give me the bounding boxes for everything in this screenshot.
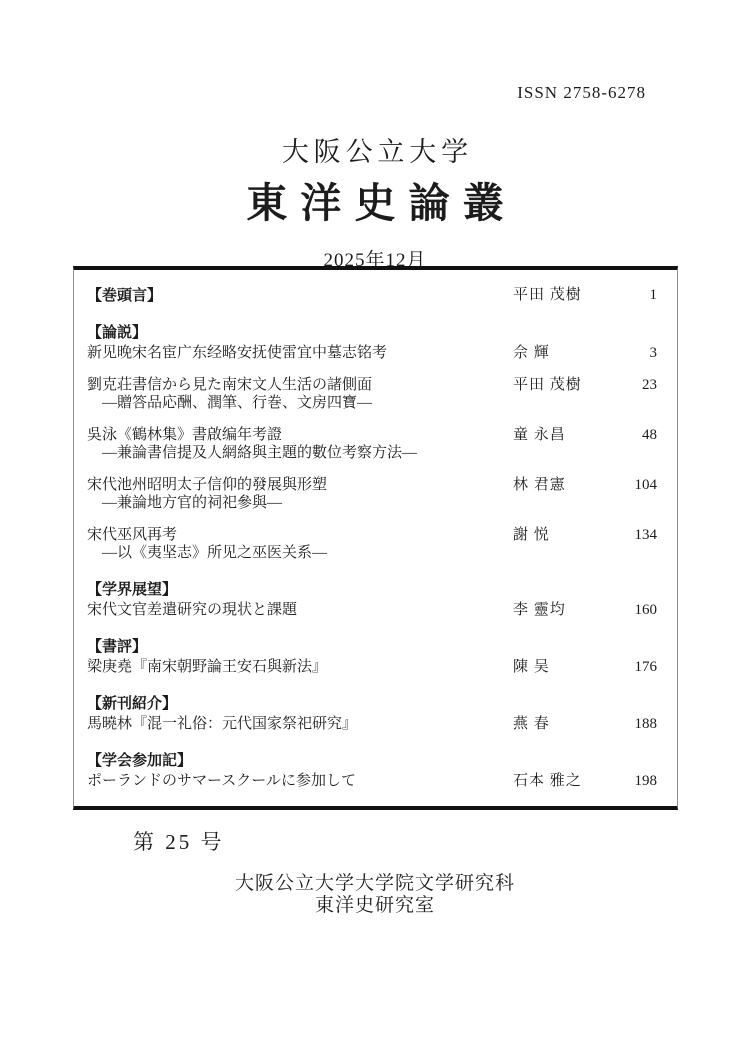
journal-title: 東洋史論叢 (0, 170, 750, 229)
entry-page-number: 48 (617, 426, 657, 444)
entry-title: 宋代文官差遣研究の現状と課題 (87, 601, 513, 619)
university-name: 大阪公立大学 (0, 130, 750, 169)
entry-title: ポーランドのサマースクールに参加して (87, 772, 513, 790)
entry-title-block: 宋代池州昭明太子信仰的發展與形塑 ―兼論地方官的祠祀參與― (87, 476, 513, 512)
entry-page-number: 1 (617, 286, 657, 304)
entry-author: 燕 春 (513, 715, 617, 733)
entry-page-number: 104 (617, 476, 657, 494)
entry-title-block: 宋代巫风再考 ―以《夷坚志》所见之巫医关系― (87, 526, 513, 562)
table-of-contents: 【巻頭言】 平田 茂樹 1 【論説】 新见晚宋名宦广东经略安抚使雷宜中墓志铭考 … (73, 266, 678, 810)
section-heading: 【論説】 (87, 323, 657, 342)
entry-title-block: 馬曉林『混一礼俗：元代国家祭祀研究』 (87, 715, 513, 733)
entry-author: 謝 悦 (513, 526, 617, 544)
toc-section-articles: 【論説】 新见晚宋名宦广东经略安抚使雷宜中墓志铭考 佘 輝 3 劉克荘書信から見… (87, 323, 657, 562)
toc-row: 宋代文官差遣研究の現状と課題 李 靈均 160 (87, 601, 657, 619)
entry-author: 陳 吴 (513, 658, 617, 676)
toc-section-conference-report: 【学会参加記】 ポーランドのサマースクールに参加して 石本 雅之 198 (87, 751, 657, 790)
toc-row: 劉克荘書信から見た南宋文人生活の諸側面 ―贈答品応酬、潤筆、行巻、文房四寶― 平… (87, 376, 657, 412)
section-heading: 【学会参加記】 (87, 751, 657, 770)
toc-row: 梁庚堯『南宋朝野論王安石與新法』 陳 吴 176 (87, 658, 657, 676)
entry-author: 平田 茂樹 (513, 376, 617, 394)
toc-section-review-of-field: 【学界展望】 宋代文官差遣研究の現状と課題 李 靈均 160 (87, 580, 657, 619)
entry-title-block: 新见晚宋名宦广东经略安抚使雷宜中墓志铭考 (87, 344, 513, 362)
entry-page-number: 134 (617, 526, 657, 544)
entry-title-block: 吳泳《鶴林集》書啟编年考證 ―兼論書信提及人網絡與主題的數位考察方法― (87, 426, 513, 462)
entry-title-block: ポーランドのサマースクールに参加して (87, 772, 513, 790)
entry-title: 宋代巫风再考 (87, 526, 513, 544)
entry-title-block: 劉克荘書信から見た南宋文人生活の諸側面 ―贈答品応酬、潤筆、行巻、文房四寶― (87, 376, 513, 412)
entry-title: 劉克荘書信から見た南宋文人生活の諸側面 (87, 376, 513, 394)
toc-row: 吳泳《鶴林集》書啟编年考證 ―兼論書信提及人網絡與主題的數位考察方法― 童 永昌… (87, 426, 657, 462)
toc-row: 【巻頭言】 平田 茂樹 1 (87, 286, 657, 305)
entry-title: 新见晚宋名宦广东经略安抚使雷宜中墓志铭考 (87, 344, 513, 362)
entry-title: 梁庚堯『南宋朝野論王安石與新法』 (87, 658, 513, 676)
entry-page-number: 176 (617, 658, 657, 676)
section-heading: 【新刊紹介】 (87, 694, 657, 713)
toc-row: 宋代巫风再考 ―以《夷坚志》所见之巫医关系― 謝 悦 134 (87, 526, 657, 562)
entry-page-number: 188 (617, 715, 657, 733)
entry-author: 佘 輝 (513, 344, 617, 362)
journal-cover-page: ISSN 2758-6278 大阪公立大学 東洋史論叢 2025年12月 【巻頭… (0, 0, 750, 1059)
entry-subtitle: ―兼論書信提及人網絡與主題的數位考察方法― (87, 444, 513, 462)
toc-section-new-books: 【新刊紹介】 馬曉林『混一礼俗：元代国家祭祀研究』 燕 春 188 (87, 694, 657, 733)
issn-number: ISSN 2758-6278 (517, 83, 646, 103)
entry-subtitle: ―兼論地方官的祠祀參與― (87, 494, 513, 512)
toc-row: 宋代池州昭明太子信仰的發展與形塑 ―兼論地方官的祠祀參與― 林 君憲 104 (87, 476, 657, 512)
toc-row: 新见晚宋名宦广东经略安抚使雷宜中墓志铭考 佘 輝 3 (87, 344, 657, 362)
entry-author: 林 君憲 (513, 476, 617, 494)
entry-author: 童 永昌 (513, 426, 617, 444)
toc-row: ポーランドのサマースクールに参加して 石本 雅之 198 (87, 772, 657, 790)
entry-page-number: 23 (617, 376, 657, 394)
toc-section-foreword: 【巻頭言】 平田 茂樹 1 (87, 286, 657, 305)
entry-subtitle: ―以《夷坚志》所见之巫医关系― (87, 544, 513, 562)
entry-subtitle: ―贈答品応酬、潤筆、行巻、文房四寶― (87, 394, 513, 412)
entry-title: 吳泳《鶴林集》書啟编年考證 (87, 426, 513, 444)
entry-page-number: 198 (617, 772, 657, 790)
toc-section-book-review: 【書評】 梁庚堯『南宋朝野論王安石與新法』 陳 吴 176 (87, 637, 657, 676)
publisher-block: 大阪公立大学大学院文学研究科 東洋史研究室 (0, 873, 750, 917)
issue-number: 第 25 号 (133, 826, 225, 856)
masthead: 大阪公立大学 東洋史論叢 2025年12月 (0, 130, 750, 272)
section-heading: 【学界展望】 (87, 580, 657, 599)
entry-title: 宋代池州昭明太子信仰的發展與形塑 (87, 476, 513, 494)
entry-title-block: 宋代文官差遣研究の現状と課題 (87, 601, 513, 619)
section-heading: 【書評】 (87, 637, 657, 656)
publisher-office: 東洋史研究室 (0, 895, 750, 917)
entry-page-number: 3 (617, 344, 657, 362)
entry-author: 石本 雅之 (513, 772, 617, 790)
entry-title: 馬曉林『混一礼俗：元代国家祭祀研究』 (87, 715, 513, 733)
toc-row: 馬曉林『混一礼俗：元代国家祭祀研究』 燕 春 188 (87, 715, 657, 733)
publisher-department: 大阪公立大学大学院文学研究科 (0, 873, 750, 895)
section-heading: 【巻頭言】 (87, 286, 513, 305)
entry-page-number: 160 (617, 601, 657, 619)
entry-author: 平田 茂樹 (513, 286, 617, 304)
entry-author: 李 靈均 (513, 601, 617, 619)
entry-title-block: 梁庚堯『南宋朝野論王安石與新法』 (87, 658, 513, 676)
